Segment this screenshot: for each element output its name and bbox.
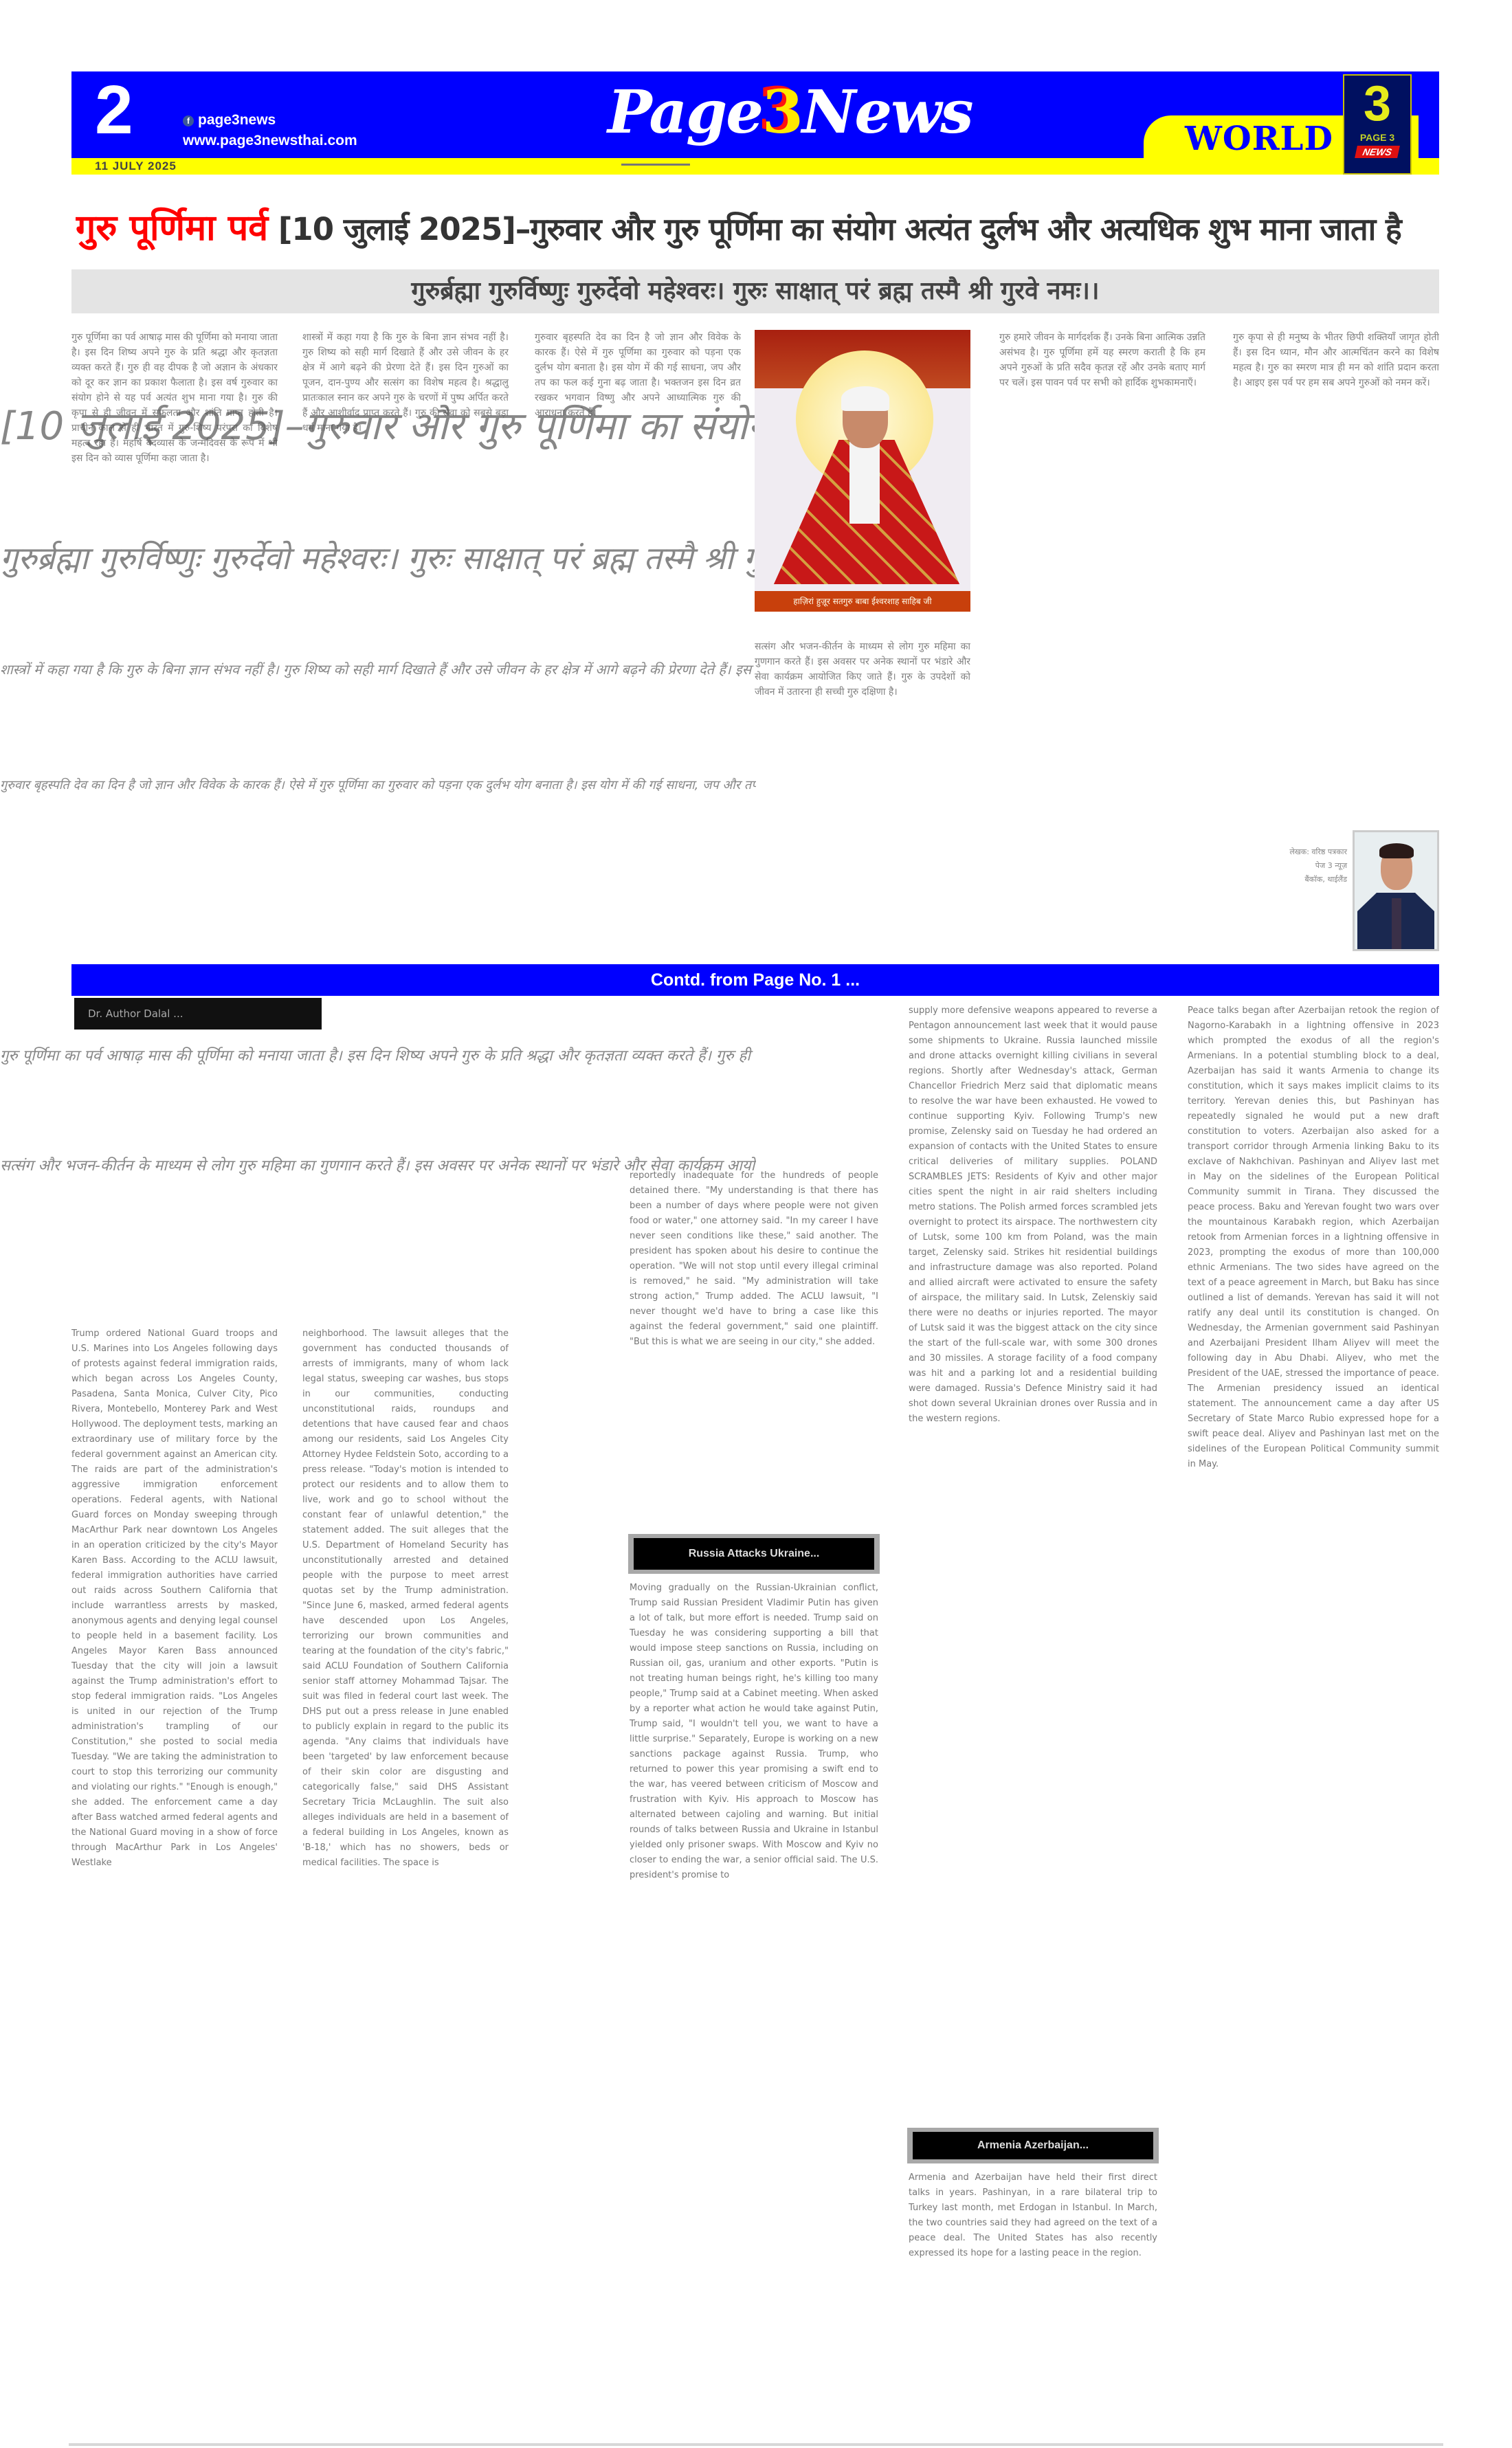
page3-logo-badge: 3 PAGE 3 NEWS (1343, 74, 1412, 175)
byline-line: पेज 3 न्यूज़ (1223, 859, 1347, 873)
section-tag-russia-ukraine: Russia Attacks Ukraine... (628, 1534, 880, 1574)
white-cap (841, 386, 889, 411)
english-column-3: reportedly inadequate for the hundreds o… (630, 1003, 878, 1512)
subheading-shloka: गुरुर्ब्रह्मा गुरुर्विष्णुः गुरुर्देवो म… (71, 269, 1439, 313)
divider (621, 164, 690, 166)
photo-caption: हाज़िरां हुज़ूर सतगुरु बाबा ईश्वरशाह साह… (755, 591, 970, 612)
continued-from-page-bar: Contd. from Page No. 1 ... (71, 964, 1439, 996)
headline-highlight: गुरु पूर्णिमा पर्व (76, 208, 268, 249)
author-photo (1353, 830, 1439, 951)
white-shirt (849, 441, 880, 524)
brand-number: 3 (762, 78, 802, 147)
headline: गुरु पूर्णिमा पर्व [10 जुलाई 2025]–गुरुव… (76, 201, 1443, 256)
hindi-article-column-6: गुरु कृपा से ही मनुष्य के भीतर छिपी शक्त… (1233, 330, 1439, 825)
english-column-4b: Armenia and Azerbaijan have held their f… (909, 2170, 1157, 2440)
scan-artifact: गुरुर्ब्रह्मा गुरुर्विष्णुः गुरुर्देवो म… (0, 536, 756, 598)
byline-line: बैंकॉक, थाईलैंड (1223, 873, 1347, 887)
facebook-handle[interactable]: page3news (198, 112, 276, 128)
english-column-5: Peace talks began after Azerbaijan retoo… (1188, 1003, 1439, 2440)
author-tag: Dr. Author Dalal ... (74, 998, 322, 1030)
hair (1379, 843, 1414, 858)
scan-artifact: गुरुवार बृहस्पति देव का दिन है जो ज्ञान … (0, 777, 756, 818)
section-label: WORLD (1185, 120, 1333, 158)
website-link[interactable]: www.page3newsthai.com (183, 131, 357, 151)
guru-photo: हाज़िरां हुज़ूर सतगुरु बाबा ईश्वरशाह साह… (755, 330, 970, 612)
social-links: fpage3news www.page3newsthai.com (183, 110, 357, 151)
section-tag-armenia-azerbaijan: Armenia Azerbaijan... (907, 2128, 1159, 2163)
facebook-icon: f (183, 115, 194, 126)
headline-rest: [10 जुलाई 2025]–गुरुवार और गुरु पूर्णिमा… (268, 211, 1401, 247)
author-byline: लेखक: वरिष्ठ पत्रकार पेज 3 न्यूज़ बैंकॉक… (1223, 845, 1347, 887)
english-column-1: Trump ordered National Guard troops and … (71, 1038, 278, 2440)
english-column-4: supply more defensive weapons appeared t… (909, 1003, 1157, 2076)
hindi-article-column-4: सत्संग और भजन-कीर्तन के माध्यम से लोग गु… (755, 639, 970, 952)
issue-date: 11 JULY 2025 (95, 159, 177, 173)
divider (69, 2443, 1443, 2446)
logo-page-label: PAGE 3 (1344, 132, 1410, 143)
tie (1392, 898, 1401, 951)
byline-line: लेखक: वरिष्ठ पत्रकार (1223, 845, 1347, 859)
logo-news-label: NEWS (1355, 146, 1400, 158)
brand-prefix: Page (608, 78, 762, 147)
page-number: 2 (95, 76, 133, 144)
hindi-article-column-5: गुरु हमारे जीवन के मार्गदर्शक हैं। उनके … (999, 330, 1205, 952)
english-column-2: neighborhood. The lawsuit alleges that t… (302, 1038, 509, 2440)
scan-artifact: शास्त्रों में कहा गया है कि गुरु के बिना… (0, 660, 756, 701)
scan-artifact: [10 जुलाई 2025]–गुरुवार और गुरु पूर्णिमा… (0, 399, 756, 481)
brand-logo: Page3News (608, 77, 972, 148)
logo-number: 3 (1344, 76, 1410, 132)
english-column-3b: Moving gradually on the Russian-Ukrainia… (630, 1581, 878, 2440)
masthead: 2 fpage3news www.page3newsthai.com 11 JU… (71, 71, 1439, 175)
brand-suffix: News (802, 78, 972, 147)
